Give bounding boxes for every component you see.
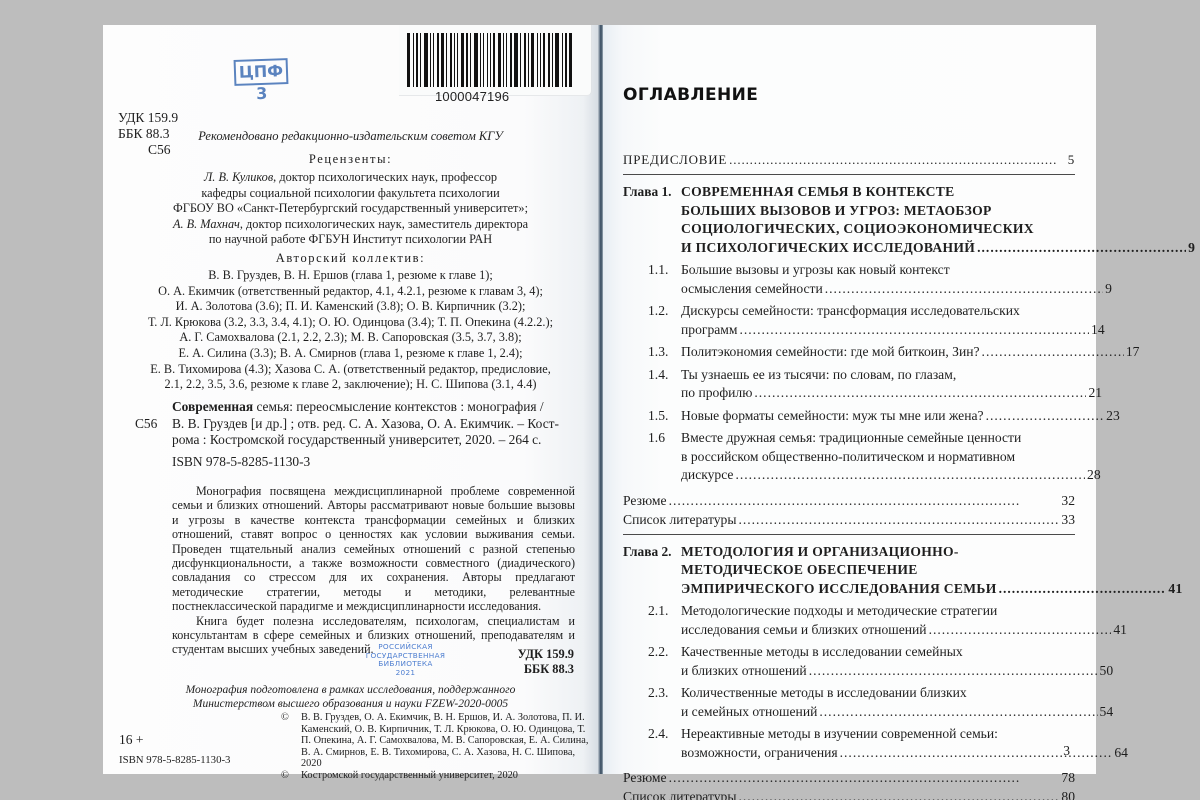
barcode-bar bbox=[487, 33, 488, 87]
section-title-line: Ты узнаешь ее из тысячи: по словам, по г… bbox=[681, 366, 1102, 385]
reviewer-name: Л. В. Куликов bbox=[204, 170, 273, 184]
toc-entry-section[interactable]: программ14 bbox=[681, 321, 1105, 340]
barcode-bar bbox=[416, 33, 418, 87]
chapter-title-block: МЕТОДОЛОГИЯ И ОРГАНИЗАЦИОННО-МЕТОДИЧЕСКО… bbox=[681, 543, 1183, 599]
toc-entry-label: исследования семьи и близких отношений bbox=[681, 621, 927, 640]
abstract: Монография посвящена междисциплинарной п… bbox=[172, 484, 575, 657]
stamp-line: 2021 bbox=[358, 669, 453, 678]
toc-page-number: 54 bbox=[1100, 703, 1114, 722]
toc-entry-section[interactable]: и семейных отношений54 bbox=[681, 703, 1113, 722]
barcode-bar bbox=[510, 33, 512, 87]
barcode-bar bbox=[548, 33, 550, 87]
toc-section: 2.2.Качественные методы в исследовании с… bbox=[648, 643, 1075, 680]
toc-entry-summary[interactable]: Резюме78 bbox=[623, 768, 1075, 787]
barcode-bar bbox=[524, 33, 526, 87]
biblio-line-3: рома : Костромской государственный униве… bbox=[136, 432, 576, 449]
barcode-bar bbox=[433, 33, 434, 87]
toc-leader-dots bbox=[739, 321, 1089, 340]
barcode-bar bbox=[543, 33, 545, 87]
barcode-bar bbox=[506, 33, 507, 87]
reviewer-credentials: , доктор психологических наук, профессор bbox=[273, 170, 497, 184]
toc-section: 1.6Вместе дружная семья: традиционные се… bbox=[648, 429, 1075, 485]
toc-chapter: Глава 2.МЕТОДОЛОГИЯ И ОРГАНИЗАЦИОННО-МЕТ… bbox=[623, 543, 1075, 599]
section-title-line: Дискурсы семейности: трансформация иссле… bbox=[681, 302, 1105, 321]
biblio-author-mark: С56 bbox=[135, 416, 157, 433]
toc-leader-dots bbox=[825, 280, 1103, 299]
barcode-bar bbox=[520, 33, 521, 87]
toc-section: 2.3.Количественные методы в исследовании… bbox=[648, 684, 1075, 721]
barcode-bar bbox=[490, 33, 491, 87]
toc-page-number: 5 bbox=[1068, 150, 1075, 169]
author-line: И. А. Золотова (3.6); П. И. Каменский (3… bbox=[103, 299, 598, 315]
author-line: 2.1, 2.2, 3.5, 3.6, резюме к главе 2, за… bbox=[103, 377, 598, 393]
reviewer-line: Л. В. Куликов, доктор психологических на… bbox=[103, 170, 598, 186]
authors-list: В. В. Груздев, В. Н. Ершов (глава 1, рез… bbox=[103, 268, 598, 393]
toc-entry-section[interactable]: дискурсе28 bbox=[681, 466, 1101, 485]
toc-section: 1.1.Большие вызовы и угрозы как новый ко… bbox=[648, 261, 1075, 298]
toc-entry-section[interactable]: осмысления семейности9 bbox=[681, 280, 1112, 299]
toc-page-number: 32 bbox=[1061, 491, 1075, 510]
copyright-icon: © bbox=[281, 712, 301, 770]
toc-leader-dots bbox=[754, 384, 1086, 403]
barcode-bar bbox=[413, 33, 414, 87]
reviewer-line: ФГБОУ ВО «Санкт-Петербургский государств… bbox=[103, 201, 598, 217]
toc-entry-preface[interactable]: ПРЕДИСЛОВИЕ5 bbox=[623, 150, 1075, 169]
toc-section: 1.4.Ты узнаешь ее из тысячи: по словам, … bbox=[648, 366, 1075, 403]
toc-page-number: 50 bbox=[1100, 662, 1114, 681]
chapter-title-line: СОЦИОЛОГИЧЕСКИХ, СОЦИОЭКОНОМИЧЕСКИХ bbox=[681, 220, 1195, 239]
abstract-paragraph: Монография посвящена междисциплинарной п… bbox=[172, 484, 575, 614]
barcode-bar bbox=[441, 33, 444, 87]
barcode-bar bbox=[474, 33, 478, 87]
reviewer-credentials: , доктор психологических наук, заместите… bbox=[240, 217, 528, 231]
toc-leader-dots bbox=[982, 343, 1124, 362]
toc-entry-chapter[interactable]: И ПСИХОЛОГИЧЕСКИХ ИССЛЕДОВАНИЙ9 bbox=[681, 239, 1195, 258]
barcode-bar bbox=[569, 33, 572, 87]
authors-heading: Авторский коллектив: bbox=[103, 251, 598, 266]
toc-entry-label: Резюме bbox=[623, 768, 667, 787]
section-number: 1.1. bbox=[648, 261, 681, 298]
toc-entry-label: программ bbox=[681, 321, 737, 340]
toc-section: 2.4.Нереактивные методы в изучении совре… bbox=[648, 725, 1075, 762]
section-number: 1.4. bbox=[648, 366, 681, 403]
toc-page-number: 9 bbox=[1105, 280, 1112, 299]
toc-entry-chapter[interactable]: ЭМПИРИЧЕСКОГО ИССЛЕДОВАНИЯ СЕМЬИ41 bbox=[681, 580, 1183, 599]
chapter-number: Глава 2. bbox=[623, 543, 681, 599]
toc-entry-section[interactable]: Новые форматы семейности: муж ты мне или… bbox=[681, 407, 1120, 426]
section-body: Нереактивные методы в изучении современн… bbox=[681, 725, 1128, 762]
reviewers-list: Л. В. Куликов, доктор психологических на… bbox=[103, 170, 598, 248]
barcode-bar bbox=[498, 33, 501, 87]
udk-code: УДК 159.9 bbox=[518, 647, 574, 662]
chapter-title: СОВРЕМЕННАЯ СЕМЬЯ В КОНТЕКСТЕБОЛЬШИХ ВЫЗ… bbox=[681, 183, 1195, 257]
toc-page-number: 80 bbox=[1061, 787, 1075, 800]
copyright-entry: ©В. В. Груздев, О. А. Екимчик, В. Н. Ерш… bbox=[281, 712, 591, 770]
author-line: В. В. Груздев, В. Н. Ершов (глава 1, рез… bbox=[103, 268, 598, 284]
recommendation-note: Рекомендовано редакционно-издательским с… bbox=[103, 129, 598, 144]
section-body: Количественные методы в исследовании бли… bbox=[681, 684, 1113, 721]
barcode-bar bbox=[446, 33, 447, 87]
toc-entry-section[interactable]: Политэкономия семейности: где мой биткои… bbox=[681, 343, 1139, 362]
toc-section: 1.5.Новые форматы семейности: муж ты мне… bbox=[648, 407, 1075, 426]
barcode-bar bbox=[555, 33, 559, 87]
toc-entry-label: осмысления семейности bbox=[681, 280, 823, 299]
section-body: Методологические подходы и методические … bbox=[681, 602, 1127, 639]
toc-leader-dots bbox=[669, 491, 1060, 510]
section-body: Дискурсы семейности: трансформация иссле… bbox=[681, 302, 1105, 339]
toc-leader-dots bbox=[735, 466, 1085, 485]
barcode-bar bbox=[466, 33, 468, 87]
barcode-bar bbox=[531, 33, 534, 87]
toc-entry-label: и семейных отношений bbox=[681, 703, 817, 722]
barcode-bar bbox=[424, 33, 428, 87]
toc-entry-label: Новые форматы семейности: муж ты мне или… bbox=[681, 407, 984, 426]
barcode-bar bbox=[483, 33, 485, 87]
barcode-bar bbox=[450, 33, 452, 87]
author-line: Е. А. Силина (3.3); В. А. Смирнов (глава… bbox=[103, 346, 598, 362]
toc-page-number: 23 bbox=[1106, 407, 1120, 426]
reviewers-heading: Рецензенты: bbox=[103, 152, 598, 167]
toc-entry-label: И ПСИХОЛОГИЧЕСКИХ ИССЛЕДОВАНИЙ bbox=[681, 239, 975, 258]
section-body: Вместе дружная семья: традиционные семей… bbox=[681, 429, 1101, 485]
barcode-bar bbox=[480, 33, 481, 87]
toc-page-number: 64 bbox=[1114, 744, 1128, 763]
toc-leader-dots bbox=[819, 703, 1097, 722]
toc-entry-label: Список литературы bbox=[623, 510, 736, 529]
bbk-code: ББК 88.3 bbox=[518, 662, 574, 677]
toc-page-number: 9 bbox=[1188, 239, 1195, 258]
toc-entry-section[interactable]: исследования семьи и близких отношений41 bbox=[681, 621, 1127, 640]
toc-page-number: 17 bbox=[1126, 343, 1140, 362]
barcode-bar bbox=[420, 33, 421, 87]
toc-entry-label: дискурсе bbox=[681, 466, 733, 485]
toc-entry-label: Политэкономия семейности: где мой биткои… bbox=[681, 343, 980, 362]
toc-entry-label: ПРЕДИСЛОВИЕ bbox=[623, 150, 727, 169]
toc-page-number: 21 bbox=[1088, 384, 1102, 403]
chapter-title-line: МЕТОДИЧЕСКОЕ ОБЕСПЕЧЕНИЕ bbox=[681, 561, 1183, 580]
section-number: 1.3. bbox=[648, 343, 681, 362]
barcode-bar bbox=[470, 33, 471, 87]
reviewer-credentials: кафедры социальной психологии факультета… bbox=[201, 186, 499, 200]
toc-entry-label: возможности, ограничения bbox=[681, 744, 838, 763]
barcode-bar bbox=[430, 33, 431, 87]
barcode-bar bbox=[552, 33, 553, 87]
barcode-bar bbox=[493, 33, 495, 87]
toc-section: 1.2.Дискурсы семейности: трансформация и… bbox=[648, 302, 1075, 339]
section-title-line: Вместе дружная семья: традиционные семей… bbox=[681, 429, 1101, 448]
toc-entry-section[interactable]: и близких отношений50 bbox=[681, 662, 1113, 681]
section-title-line: Методологические подходы и методические … bbox=[681, 602, 1127, 621]
toc-entry-label: по профилю bbox=[681, 384, 752, 403]
divider bbox=[623, 534, 1075, 535]
author-line: Т. Л. Крюкова (3.2, 3.3, 3.4, 4.1); О. Ю… bbox=[103, 315, 598, 331]
reviewer-credentials: ФГБОУ ВО «Санкт-Петербургский государств… bbox=[173, 201, 528, 215]
toc-leader-dots bbox=[929, 621, 1112, 640]
book-spread: УДК 159.9 ББК 88.3 С56 ЦПФ 3 1000047196 … bbox=[103, 25, 1096, 774]
barcode-bar bbox=[503, 33, 504, 87]
section-title-line: в российском общественно-политическом и … bbox=[681, 448, 1101, 467]
toc-entry-section[interactable]: по профилю21 bbox=[681, 384, 1102, 403]
section-body: Ты узнаешь ее из тысячи: по словам, по г… bbox=[681, 366, 1102, 403]
biblio-line-1: семья: переосмысление контекстов : моног… bbox=[253, 399, 544, 414]
toc-leader-dots bbox=[999, 580, 1167, 599]
toc-chapter: Глава 1.СОВРЕМЕННАЯ СЕМЬЯ В КОНТЕКСТЕБОЛ… bbox=[623, 183, 1075, 257]
barcode-bar bbox=[437, 33, 439, 87]
cpf-stamp: ЦПФ 3 bbox=[234, 58, 289, 86]
table-of-contents: ПРЕДИСЛОВИЕ5Глава 1.СОВРЕМЕННАЯ СЕМЬЯ В … bbox=[623, 150, 1075, 800]
section-number: 1.2. bbox=[648, 302, 681, 339]
funding-line: Монография подготовлена в рамках исследо… bbox=[103, 683, 598, 697]
chapter-title-line: БОЛЬШИХ ВЫЗОВОВ И УГРОЗ: МЕТАОБЗОР bbox=[681, 202, 1195, 221]
toc-entry-section[interactable]: возможности, ограничения64 bbox=[681, 744, 1128, 763]
toc-leader-dots bbox=[729, 150, 1066, 169]
chapter-title-line: МЕТОДОЛОГИЯ И ОРГАНИЗАЦИОННО- bbox=[681, 543, 1183, 562]
toc-entry-label: и близких отношений bbox=[681, 662, 807, 681]
udk-code: УДК 159.9 bbox=[118, 110, 178, 126]
toc-page-number: 41 bbox=[1113, 621, 1127, 640]
toc-entry-label: Резюме bbox=[623, 491, 667, 510]
bibliographic-record: Современная семья: переосмысление контек… bbox=[136, 399, 576, 449]
classification-codes-bottom: УДК 159.9 ББК 88.3 bbox=[518, 647, 574, 676]
copyright-icon: © bbox=[281, 770, 301, 782]
toc-leader-dots bbox=[809, 662, 1098, 681]
barcode-bar bbox=[562, 33, 563, 87]
chapter-title: МЕТОДОЛОГИЯ И ОРГАНИЗАЦИОННО-МЕТОДИЧЕСКО… bbox=[681, 543, 1183, 599]
barcode-icon bbox=[407, 33, 575, 87]
toc-leader-dots bbox=[669, 768, 1060, 787]
toc-entry-references[interactable]: Список литературы80 bbox=[623, 787, 1075, 800]
toc-leader-dots bbox=[738, 787, 1059, 800]
toc-leader-dots bbox=[840, 744, 1113, 763]
age-rating: 16 + bbox=[119, 732, 144, 748]
section-title-line: Количественные методы в исследовании бли… bbox=[681, 684, 1113, 703]
section-number: 2.4. bbox=[648, 725, 681, 762]
chapter-title-block: СОВРЕМЕННАЯ СЕМЬЯ В КОНТЕКСТЕБОЛЬШИХ ВЫЗ… bbox=[681, 183, 1195, 257]
toc-page-number: 78 bbox=[1061, 768, 1075, 787]
toc-page-number: 28 bbox=[1087, 466, 1101, 485]
copyright-text: Костромской государственный университет,… bbox=[301, 770, 591, 782]
reviewer-credentials: по научной работе ФГБУН Институт психоло… bbox=[209, 232, 492, 246]
barcode-bar bbox=[565, 33, 567, 87]
barcode-number: 1000047196 bbox=[435, 89, 509, 104]
barcode-bar bbox=[540, 33, 541, 87]
funding-note: Монография подготовлена в рамках исследо… bbox=[103, 683, 598, 711]
section-body: Большие вызовы и угрозы как новый контек… bbox=[681, 261, 1112, 298]
barcode-label: 1000047196 bbox=[399, 25, 592, 96]
section-title-line: Качественные методы в исследовании семей… bbox=[681, 643, 1113, 662]
toc-leader-dots bbox=[977, 239, 1186, 258]
section-number: 2.1. bbox=[648, 602, 681, 639]
barcode-bar bbox=[537, 33, 538, 87]
reviewer-line: кафедры социальной психологии факультета… bbox=[103, 186, 598, 202]
library-stamp: РОССИЙСКАЯГОСУДАРСТВЕННАЯБИБЛИОТЕКА2021 bbox=[358, 643, 453, 677]
biblio-line-2: В. В. Груздев [и др.] ; отв. ред. С. А. … bbox=[136, 416, 576, 433]
toc-entry-summary[interactable]: Резюме32 bbox=[623, 491, 1075, 510]
isbn: ISBN 978-5-8285-1130-3 bbox=[119, 754, 230, 766]
barcode-bar bbox=[514, 33, 518, 87]
reviewer-line: А. В. Махнач, доктор психологических нау… bbox=[103, 217, 598, 233]
reviewer-name: А. В. Махнач bbox=[173, 217, 240, 231]
toc-entry-references[interactable]: Список литературы33 bbox=[623, 510, 1075, 529]
contents-page: ОГЛАВЛЕНИЕ ПРЕДИСЛОВИЕ5Глава 1.СОВРЕМЕНН… bbox=[603, 25, 1096, 774]
page-number: 3 bbox=[1063, 743, 1070, 759]
toc-page-number: 14 bbox=[1091, 321, 1105, 340]
imprint-page: УДК 159.9 ББК 88.3 С56 ЦПФ 3 1000047196 … bbox=[103, 25, 598, 774]
toc-page-number: 33 bbox=[1061, 510, 1075, 529]
toc-entry-label: Список литературы bbox=[623, 787, 736, 800]
author-line: О. А. Екимчик (ответственный редактор, 4… bbox=[103, 284, 598, 300]
toc-entry-label: ЭМПИРИЧЕСКОГО ИССЛЕДОВАНИЯ СЕМЬИ bbox=[681, 580, 997, 599]
biblio-title-bold: Современная bbox=[172, 399, 253, 414]
toc-section: 2.1.Методологические подходы и методичес… bbox=[648, 602, 1075, 639]
reviewer-line: по научной работе ФГБУН Институт психоло… bbox=[103, 232, 598, 248]
section-number: 2.3. bbox=[648, 684, 681, 721]
section-title-line: Нереактивные методы в изучении современн… bbox=[681, 725, 1128, 744]
copyright-block: ©В. В. Груздев, О. А. Екимчик, В. Н. Ерш… bbox=[281, 712, 591, 782]
barcode-bar bbox=[528, 33, 529, 87]
barcode-bar bbox=[457, 33, 458, 87]
section-body: Качественные методы в исследовании семей… bbox=[681, 643, 1113, 680]
copyright-entry: ©Костромской государственный университет… bbox=[281, 770, 591, 782]
toc-section: 1.3.Политэкономия семейности: где мой би… bbox=[648, 343, 1075, 362]
toc-title: ОГЛАВЛЕНИЕ bbox=[623, 85, 758, 105]
section-title-line: Большие вызовы и угрозы как новый контек… bbox=[681, 261, 1112, 280]
copyright-text: В. В. Груздев, О. А. Екимчик, В. Н. Ершо… bbox=[301, 712, 591, 770]
section-body: Новые форматы семейности: муж ты мне или… bbox=[681, 407, 1120, 426]
barcode-bar bbox=[461, 33, 464, 87]
divider bbox=[623, 174, 1075, 175]
section-number: 1.5. bbox=[648, 407, 681, 426]
biblio-isbn: ISBN 978-5-8285-1130-3 bbox=[172, 454, 310, 470]
toc-leader-dots bbox=[986, 407, 1105, 426]
funding-line: Министерством высшего образования и наук… bbox=[103, 697, 598, 711]
barcode-bar bbox=[454, 33, 455, 87]
section-body: Политэкономия семейности: где мой биткои… bbox=[681, 343, 1139, 362]
chapter-number: Глава 1. bbox=[623, 183, 681, 257]
barcode-bar bbox=[407, 33, 410, 87]
author-line: А. Г. Самохвалова (2.1, 2.2, 2.3); М. В.… bbox=[103, 330, 598, 346]
toc-page-number: 41 bbox=[1168, 580, 1182, 599]
section-number: 1.6 bbox=[648, 429, 681, 485]
chapter-title-line: СОВРЕМЕННАЯ СЕМЬЯ В КОНТЕКСТЕ bbox=[681, 183, 1195, 202]
toc-leader-dots bbox=[738, 510, 1059, 529]
section-number: 2.2. bbox=[648, 643, 681, 680]
author-line: Е. В. Тихомирова (4.3); Хазова С. А. (от… bbox=[103, 362, 598, 378]
